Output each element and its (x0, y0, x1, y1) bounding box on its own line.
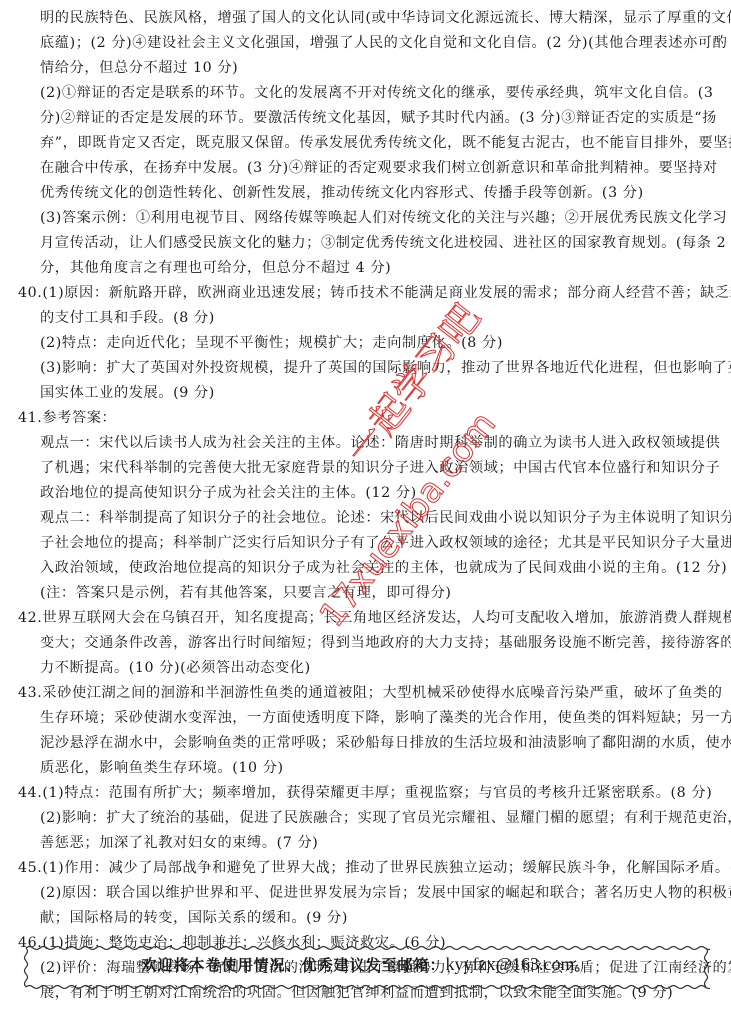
answer-text-line: 观点二：科举制提高了知识分子的社会地位。论述：宋代以后民间戏曲小说以知识分子为主… (40, 508, 731, 528)
answer-text-line: 的支付工具和手段。(8 分) (40, 308, 215, 328)
answer-text-line: 生存环境；采砂使湖水变浑浊，一方面使透明度下降，影响了藻类的光合作用，使鱼类的饵… (40, 708, 731, 728)
question-answer-line: 43.采砂使江湖之间的洄游和半洄游性鱼类的通道被阻；大型机械采砂使得水底噪音污染… (18, 683, 723, 703)
question-answer-line: 44.(1)特点：范围有所扩大；频率增加，获得荣耀更丰厚；重视监察；与官员的考核… (18, 783, 712, 803)
answer-text-line: (注：答案只是示例，若有其他答案，只要言之有理，即可得分) (40, 583, 452, 603)
answer-text-line: 分，其他角度言之有理也可给分，但总分不超过 4 分) (40, 258, 391, 278)
question-answer-line: 45.(1)作用：减少了局部战争和避免了世界大战；推动了世界民族独立运动；缓解民… (18, 858, 731, 878)
answer-text-line: (2)①辩证的否定是联系的环节。文化的发展离不开对传统文化的继承，要传承经典，筑… (40, 83, 714, 103)
answer-text-line: 底蕴)；(2 分)④建设社会主义文化强国，增强了人民的文化自觉和文化自信。(2 … (40, 33, 727, 53)
answer-text-line: 变大；交通条件改善，游客出行时间缩短；得到当地政府的大力支持；基础服务设施不断完… (40, 633, 731, 653)
question-answer-line: 40.(1)原因：新航路开辟，欧洲商业迅速发展；铸币技术不能满足商业发展的需求；… (18, 283, 731, 303)
answer-text-line: (2)影响：扩大了统治的基础，促进了民族融合；实现了官员光宗耀祖、显耀门楣的愿望… (40, 808, 731, 828)
footer-notice-box: 欢迎将本卷使用情况、优秀建议发至邮箱：kyyfzx@163.com。 (22, 944, 710, 991)
answer-text-line: 质恶化，影响鱼类生存环境。(10 分) (40, 758, 284, 778)
footer-email-link[interactable]: kyyfzx@163.com (445, 954, 574, 974)
answer-text-line: 力不断提高。(10 分)(必须答出动态变化) (40, 658, 311, 678)
answer-text-line: 分)②辩证的否定是发展的环节。要激活传统文化基因，赋予其时代内涵。(3 分)③辩… (40, 108, 717, 128)
answer-text-line: 入政治领域，使政治地位提高的知识分子成为社会关注的主体，也就成为了民间戏曲小说的… (40, 558, 727, 578)
answer-text-line: 月宣传活动，让人们感受民族文化的魅力；③制定优秀传统文化进校园、进社区的国家教育… (40, 233, 726, 253)
footer-message: 欢迎将本卷使用情况、优秀建议发至邮箱：kyyfzx@163.com。 (22, 954, 710, 975)
answer-text-line: 观点一：宋代以后读书人成为社会关注的主体。论述：隋唐时期科举制的确立为读书人进入… (40, 433, 720, 453)
answer-text-line: 优秀传统文化的创造性转化、创新性发展，推动传统文化内容形式、传播手段等创新。(3… (40, 183, 644, 203)
answer-text-line: 弃”，即既肯定又否定，既克服又保留。传承发展优秀传统文化，既不能复古泥古，也不能… (40, 133, 731, 153)
question-answer-line: 42.世界互联网大会在乌镇召开，知名度提高；长三角地区经济发达，人均可支配收入增… (18, 608, 731, 628)
answer-text-line: 泥沙悬浮在湖水中，会影响鱼类的正常呼吸；采砂船每日排放的生活垃圾和油渍影响了鄱阳… (40, 733, 731, 753)
footer-message-text: 欢迎将本卷使用情况、优秀建议发至邮箱： (141, 956, 445, 974)
footer-end-mark: 。 (575, 956, 591, 974)
answer-text-line: (2)特点：走向近代化；呈现不平衡性；规模扩大；走向制度化。(8 分) (40, 333, 503, 353)
answer-text-line: 明的民族特色、民族风格，增强了国人的文化认同(或中华诗词文化源远流长、博大精深，… (40, 8, 731, 28)
answer-text-line: 国实体工业的发展。(9 分) (40, 383, 215, 403)
answer-text-line: (3)影响：扩大了英国对外投资规模，提升了英国的国际影响力，推动了世界各地近代化… (40, 358, 731, 378)
answer-text-line: 情给分，但总分不超过 10 分) (40, 58, 238, 78)
question-answer-line: 41.参考答案： (18, 408, 116, 428)
answer-text-line: 善惩恶；加深了礼教对妇女的束缚。(7 分) (40, 833, 318, 853)
answer-text-line: (2)原因：联合国以维护世界和平、促进世界发展为宗旨；发展中国家的崛起和联合；著… (40, 883, 731, 903)
answer-text-line: 献；国际格局的转变，国际关系的缓和。(9 分) (40, 908, 348, 928)
answer-text-line: 了机遇；宋代科举制的完善使大批无家庭背景的知识分子进入政治领域；中国古代官本位盛… (40, 458, 720, 478)
answer-text-line: 在融合中传承，在扬弃中发展。(3 分)④辩证的否定观要求我们树立创新意识和革命批… (40, 158, 718, 178)
answer-text-line: (3)答案示例：①利用电视节目、网络传媒等唤起人们对传统文化的关注与兴趣；②开展… (40, 208, 727, 228)
answer-text-line: 子社会地位的提高；科举制广泛实行后知识分子有了公平进入政权领域的途径；尤其是平民… (40, 533, 731, 553)
answer-text-line: 政治地位的提高使知识分子成为社会关注的主体。(12 分) (40, 483, 417, 503)
